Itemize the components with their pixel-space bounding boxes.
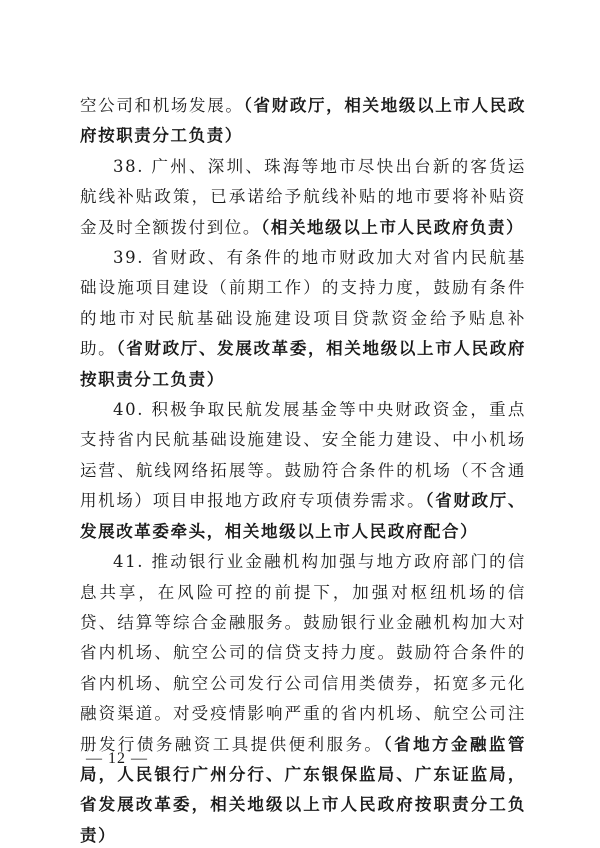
paragraph-39: 39. 省财政、有条件的地市财政加大对省内民航基础设施项目建设（前期工作）的支持… <box>80 243 526 395</box>
paragraph-continuation: 空公司和机场发展。（省财政厅，相关地级以上市人民政府按职责分工负责） <box>80 91 526 152</box>
paragraph-text: 空公司和机场发展。 <box>80 96 244 115</box>
paragraph-41: 41. 推动银行业金融机构加强与地方政府部门的信息共享，在风险可控的前提下，加强… <box>80 547 526 848</box>
item-number: 38. <box>113 157 144 176</box>
paragraph-40: 40. 积极争取民航发展基金等中央财政资金，重点支持省内民航基础设施建设、安全能… <box>80 395 526 547</box>
item-number: 40. <box>113 400 144 419</box>
responsible-departments: （省财政厅、发展改革委，相关地级以上市人民政府按职责分工负责） <box>80 339 526 388</box>
page-number: — 12 — <box>86 750 148 768</box>
paragraph-text: 推动银行业金融机构加强与地方政府部门的信息共享，在风险可控的前提下，加强对枢纽机… <box>80 552 526 753</box>
document-page: 空公司和机场发展。（省财政厅，相关地级以上市人民政府按职责分工负责） 38. 广… <box>80 91 526 848</box>
paragraph-38: 38. 广州、深圳、珠海等地市尽快出台新的客货运航线补贴政策，已承诺给予航线补贴… <box>80 152 526 243</box>
item-number: 41. <box>113 552 144 571</box>
responsible-departments: （相关地级以上市人民政府负责） <box>261 218 524 237</box>
item-number: 39. <box>113 248 144 267</box>
